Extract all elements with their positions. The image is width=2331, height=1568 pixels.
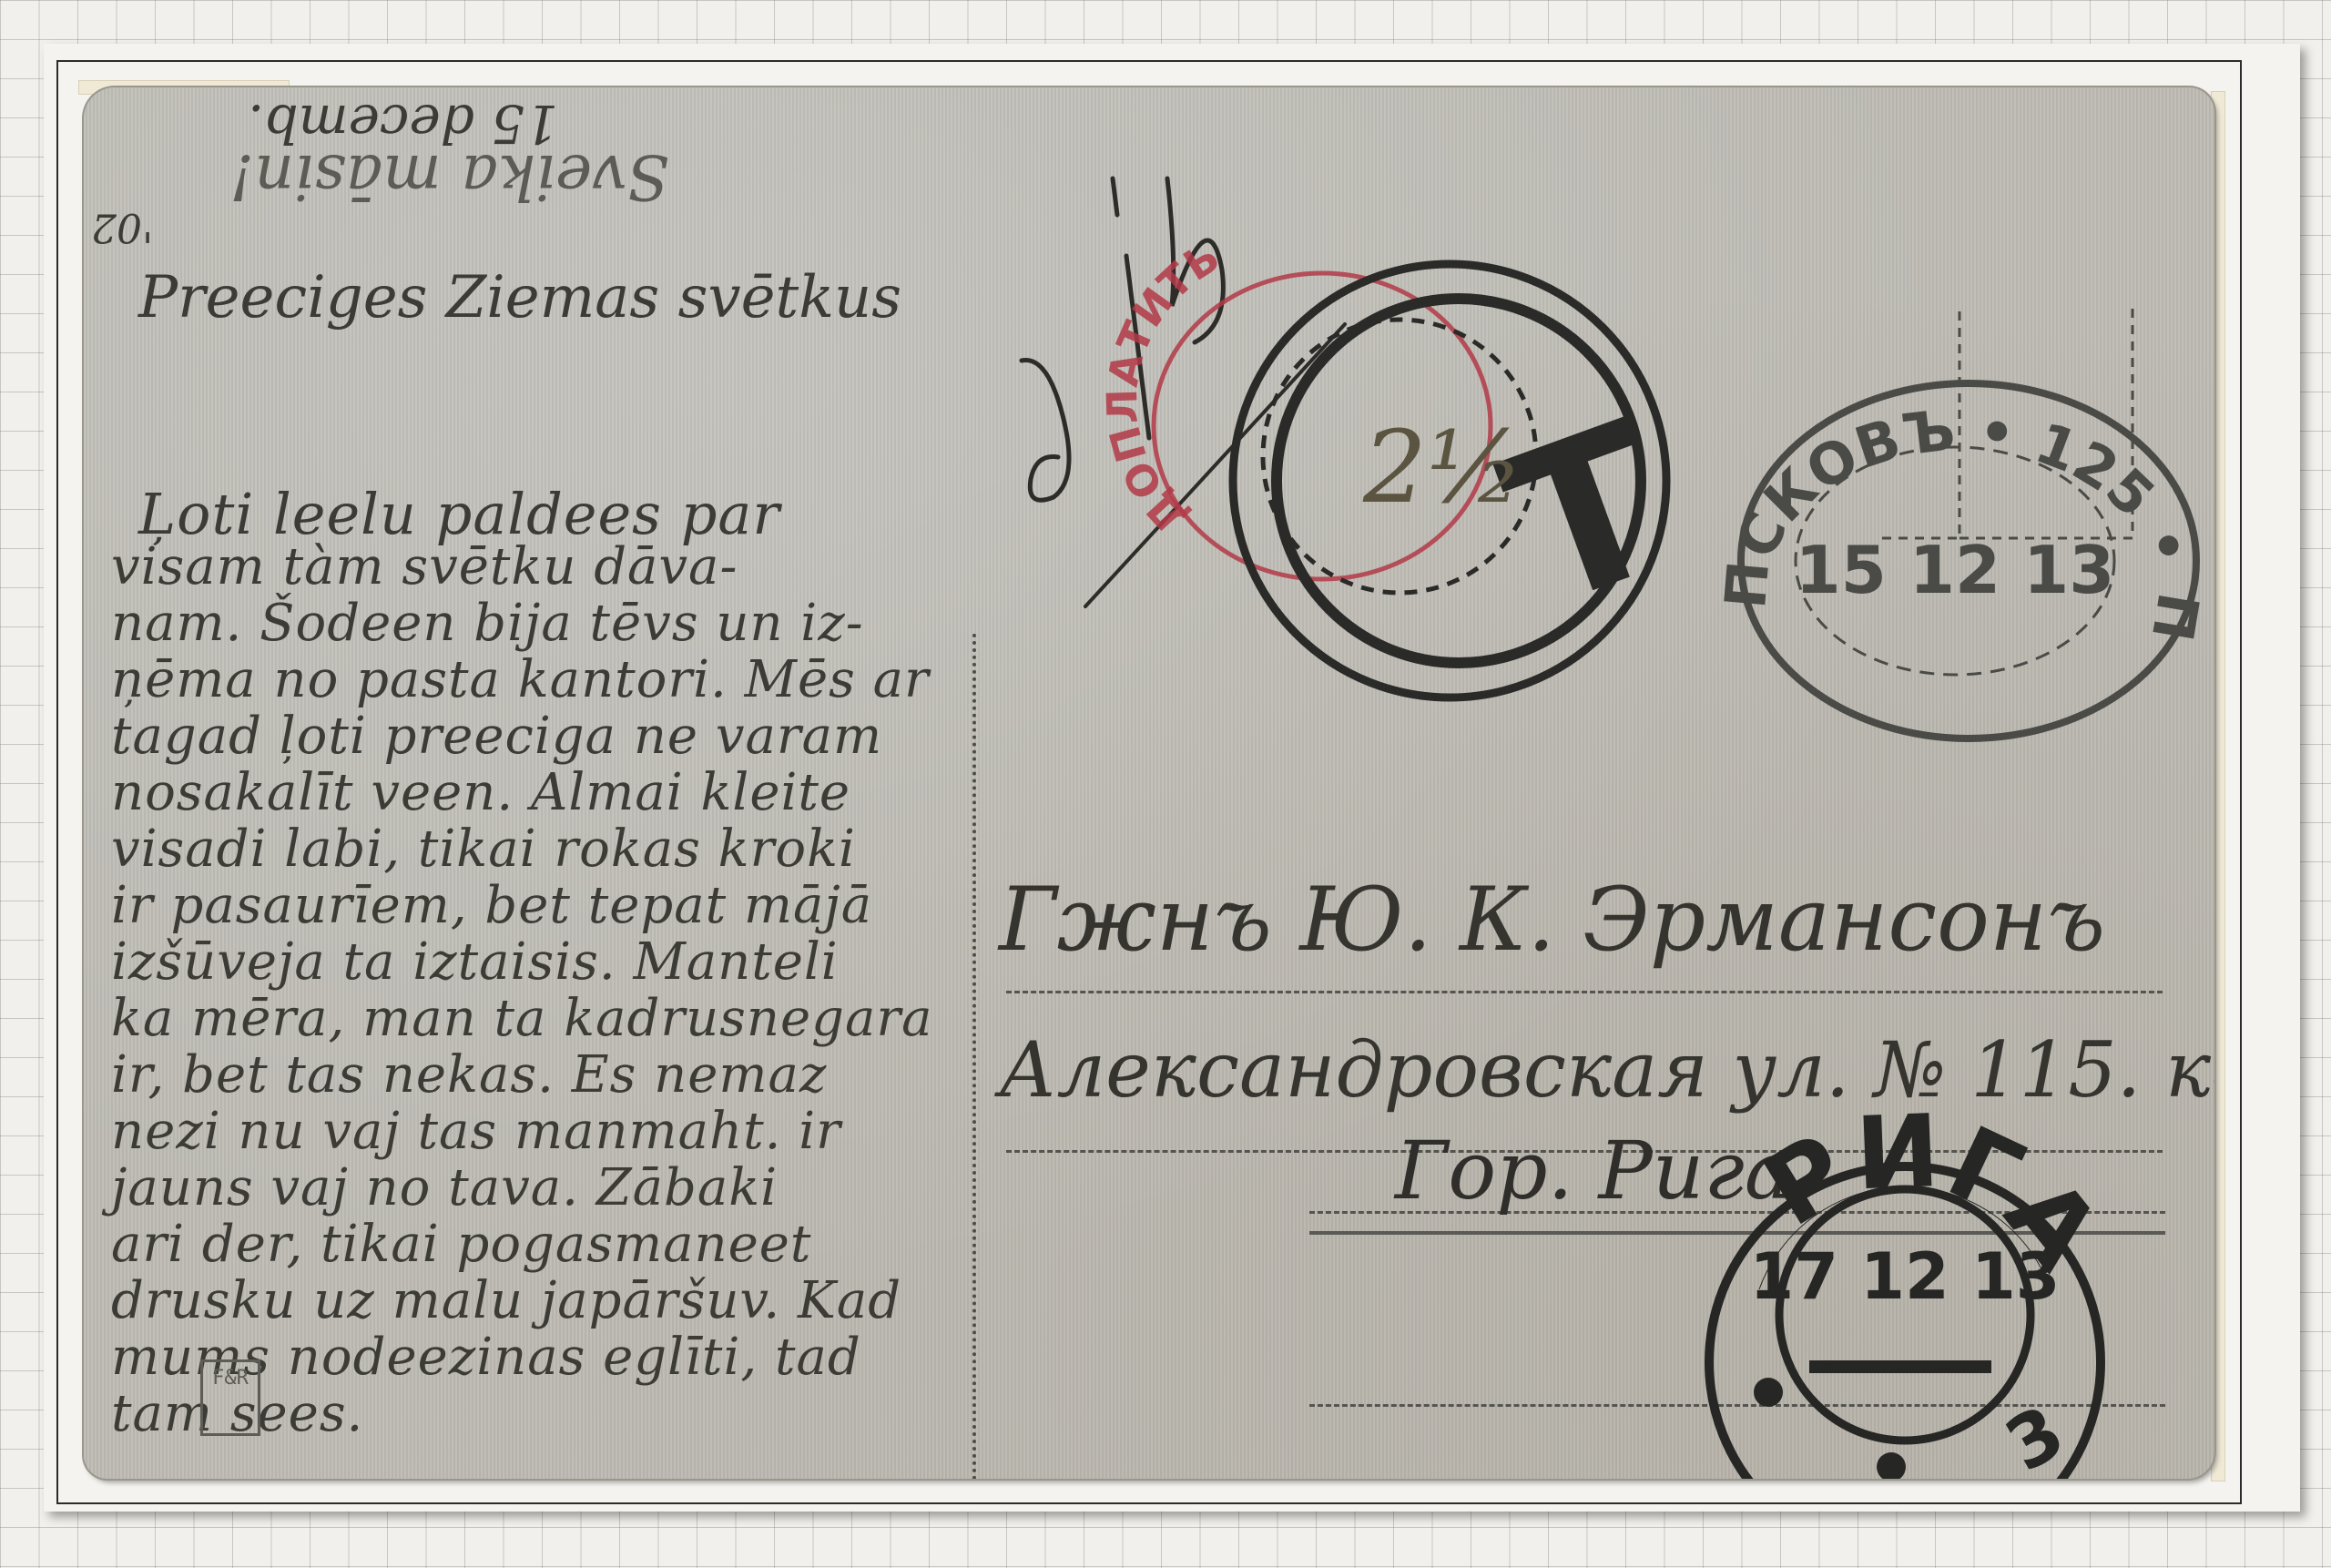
riga-postmark: РИГА 17 12 13 3	[1709, 1093, 2122, 1479]
postal-marks-layer: ДОПЛАТИТЬ Т 2½ ПСКОВЪ • 125 • ПЕРНОР • 2…	[84, 87, 2214, 1479]
postcard: 15 decemb. Sveika māsin! '02 Preeciges Z…	[84, 87, 2214, 1479]
t-postage-due-stamp: Т 2½	[1233, 264, 1695, 697]
svg-text:17 12 13: 17 12 13	[1750, 1239, 2061, 1314]
svg-text:15 12 13: 15 12 13	[1796, 532, 2115, 608]
svg-text:3: 3	[1992, 1390, 2079, 1479]
svg-text:ДОПЛАТИТЬ: ДОПЛАТИТЬ	[1097, 232, 1228, 543]
svg-text:2½: 2½	[1362, 409, 1524, 525]
